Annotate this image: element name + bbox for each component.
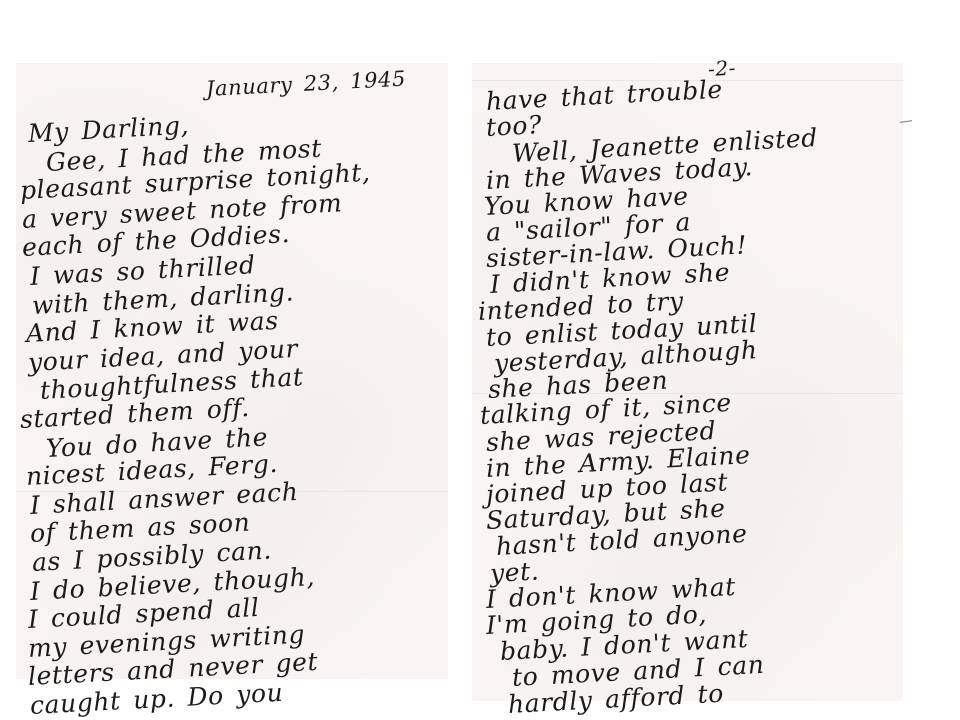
letter-page-2: -2- have that troubletoo?Well, Jeanette … [472, 63, 903, 701]
letter-page-1: January 23, 1945 My Darling,Gee, I had t… [16, 63, 448, 679]
page-1-text: My Darling,Gee, I had the mostpleasant s… [16, 63, 448, 679]
scan-artifact [900, 120, 912, 123]
page-2-text: have that troubletoo?Well, Jeanette enli… [472, 63, 903, 701]
handwritten-line: have that trouble [485, 75, 723, 116]
